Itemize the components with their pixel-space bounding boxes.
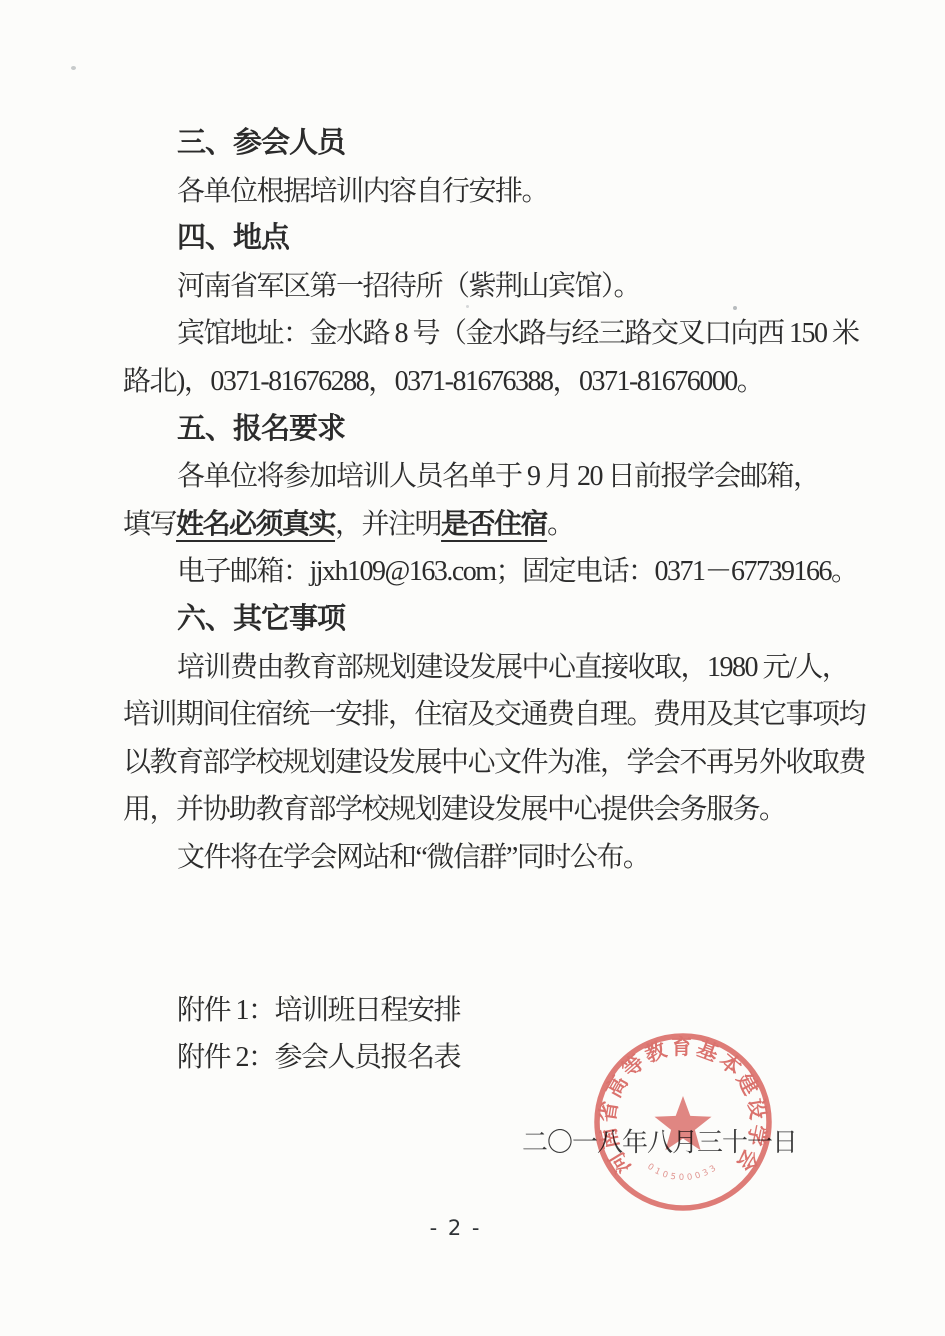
section-6-line-3: 以教育部学校规划建设发展中心文件为准，学会不再另外收取费	[123, 739, 843, 787]
section-6-line-1: 培训费由教育部规划建设发展中心直接收取，1980 元/人，	[123, 644, 843, 692]
section-4-line-3: 路北)，0371-81676288，0371-81676388，0371-816…	[123, 358, 843, 406]
section-5-line-2: 填写姓名必须真实，并注明是否住宿。	[123, 501, 843, 549]
section-5-heading: 五、报名要求	[123, 406, 843, 454]
section-5-line-3: 电子邮箱：jjxh109@163.com；固定电话：0371－67739166。	[123, 548, 843, 596]
official-seal: 河南省高等教育基本建设学会 4101050003319	[583, 1022, 783, 1222]
section-6-line-5: 文件将在学会网站和“微信群”同时公布。	[123, 834, 843, 882]
emphasized-underlined-text: 是否住宿	[441, 509, 547, 540]
emphasized-underlined-text: 姓名必须真实	[176, 509, 335, 540]
section-4-heading: 四、地点	[123, 215, 843, 263]
document-body: 三、参会人员 各单位根据培训内容自行安排。 四、地点 河南省军区第一招待所（紫荆…	[123, 120, 843, 1082]
star-icon	[655, 1096, 712, 1150]
section-4-line-2: 宾馆地址：金水路 8 号（金水路与经三路交叉口向西 150 米	[123, 310, 843, 358]
section-3-body: 各单位根据培训内容自行安排。	[123, 168, 843, 216]
plain-text: 填写	[123, 509, 176, 540]
plain-text: ，并注明	[335, 509, 441, 540]
section-6-line-4: 用，并协助教育部学校规划建设发展中心提供会务服务。	[123, 786, 843, 834]
section-3-heading: 三、参会人员	[123, 120, 843, 168]
section-6-heading: 六、其它事项	[123, 596, 843, 644]
section-4-line-1: 河南省军区第一招待所（紫荆山宾馆）。	[123, 263, 843, 311]
plain-text: 。	[547, 509, 574, 540]
section-6-line-2: 培训期间住宿统一安排，住宿及交通费自理。费用及其它事项均	[123, 691, 843, 739]
document-page: 三、参会人员 各单位根据培训内容自行安排。 四、地点 河南省军区第一招待所（紫荆…	[0, 0, 945, 1336]
scan-speck	[71, 66, 76, 70]
section-5-line-1: 各单位将参加培训人员名单于 9 月 20 日前报学会邮箱，	[123, 453, 843, 501]
